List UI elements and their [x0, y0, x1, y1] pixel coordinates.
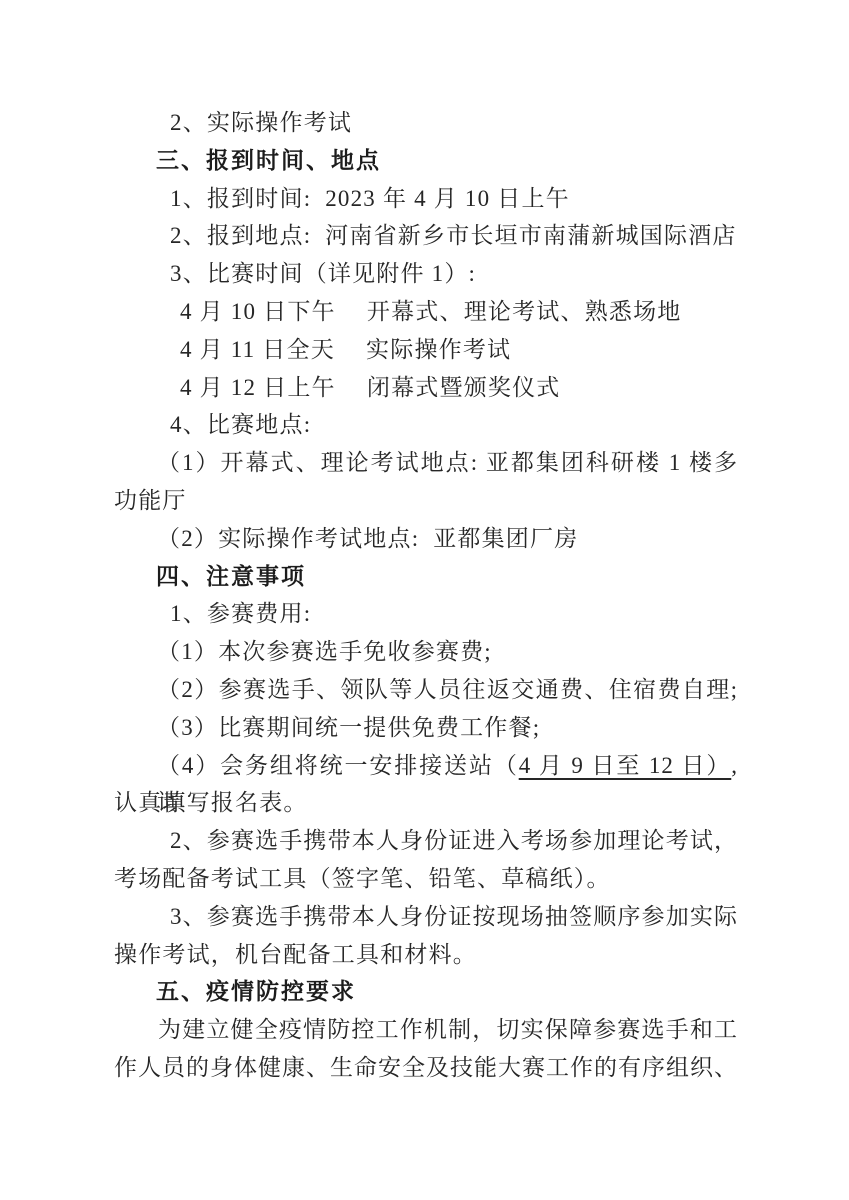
text-line: 2、实际操作考试	[114, 104, 738, 142]
text-segment: 考场配备考试工具（签字笔、铅笔、草稿纸）。	[114, 866, 611, 891]
text-line: 4 月 11 日全天 实际操作考试	[114, 331, 738, 369]
text-segment: 3、比赛时间（详见附件 1）:	[170, 261, 476, 286]
text-segment: （4）会务组将统一安排接送站（	[157, 753, 519, 778]
text-line: 操作考试，机台配备工具和材料。	[114, 936, 738, 974]
text-line: （3）比赛期间统一提供免费工作餐;	[114, 709, 738, 747]
text-line: 4 月 12 日上午 闭幕式暨颁奖仪式	[114, 369, 738, 407]
text-segment: （1）本次参赛选手免收参赛费;	[157, 639, 492, 664]
section-heading: 三、报到时间、地点	[114, 142, 738, 180]
text-segment: 功能厅	[114, 488, 187, 513]
text-segment: 三、报到时间、地点	[156, 147, 381, 173]
text-segment: 4 月 12 日上午 闭幕式暨颁奖仪式	[180, 375, 561, 400]
text-segment: 4 月 10 日下午 开幕式、理论考试、熟悉场地	[180, 299, 682, 324]
text-segment: 作人员的身体健康、生命安全及技能大赛工作的有序组织、	[114, 1055, 738, 1080]
page: 2、实际操作考试三、报到时间、地点1、报到时间: 2023 年 4 月 10 日…	[0, 0, 849, 1200]
text-segment: 2、实际操作考试	[170, 110, 352, 135]
text-line: （4）会务组将统一安排接送站（4 月 9 日至 12 日）, 请	[114, 747, 738, 785]
text-segment: 五、疫情防控要求	[156, 978, 356, 1004]
text-segment: 2、报到地点: 河南省新乡市长垣市南蒲新城国际酒店	[170, 223, 737, 248]
text-line: 作人员的身体健康、生命安全及技能大赛工作的有序组织、	[114, 1049, 738, 1087]
text-segment: 认真填写报名表。	[114, 790, 308, 815]
text-line: 3、参赛选手携带本人身份证按现场抽签顺序参加实际	[114, 898, 738, 936]
text-line: 3、比赛时间（详见附件 1）:	[114, 255, 738, 293]
text-line: 为建立健全疫情防控工作机制，切实保障参赛选手和工	[114, 1011, 738, 1049]
text-segment: 1、报到时间: 2023 年 4 月 10 日上午	[170, 186, 570, 211]
text-line: 2、参赛选手携带本人身份证进入考场参加理论考试，	[114, 822, 738, 860]
text-segment: 4 月 11 日全天 实际操作考试	[180, 337, 511, 362]
section-heading: 四、注意事项	[114, 558, 738, 596]
underlined-date-range: 4 月 9 日至 12 日）	[519, 753, 732, 778]
text-line: 1、参赛费用:	[114, 595, 738, 633]
text-segment: 为建立健全疫情防控工作机制，切实保障参赛选手和工	[158, 1017, 738, 1042]
text-segment: 2、参赛选手携带本人身份证进入考场参加理论考试，	[170, 828, 738, 853]
text-segment: （2）实际操作考试地点: 亚都集团厂房	[157, 526, 578, 551]
text-line: 功能厅	[114, 482, 738, 520]
text-segment: 1、参赛费用:	[170, 601, 311, 626]
text-segment: 3、参赛选手携带本人身份证按现场抽签顺序参加实际	[170, 904, 738, 929]
text-segment: （1）开幕式、理论考试地点: 亚都集团科研楼 1 楼多	[157, 450, 738, 475]
text-line: （1）本次参赛选手免收参赛费;	[114, 633, 738, 671]
text-line: 4、比赛地点:	[114, 406, 738, 444]
text-segment: 操作考试，机台配备工具和材料。	[114, 942, 477, 967]
text-line: 4 月 10 日下午 开幕式、理论考试、熟悉场地	[114, 293, 738, 331]
text-line: （2）参赛选手、领队等人员往返交通费、住宿费自理;	[114, 671, 738, 709]
section-heading: 五、疫情防控要求	[114, 973, 738, 1011]
text-line: 认真填写报名表。	[114, 784, 738, 822]
text-segment: 四、注意事项	[156, 563, 306, 589]
text-segment: 4、比赛地点:	[170, 412, 311, 437]
text-line: 2、报到地点: 河南省新乡市长垣市南蒲新城国际酒店	[114, 217, 738, 255]
text-segment: （2）参赛选手、领队等人员往返交通费、住宿费自理;	[157, 677, 738, 702]
text-line: （1）开幕式、理论考试地点: 亚都集团科研楼 1 楼多	[114, 444, 738, 482]
document-page: 2、实际操作考试三、报到时间、地点1、报到时间: 2023 年 4 月 10 日…	[114, 104, 738, 1087]
text-line: 1、报到时间: 2023 年 4 月 10 日上午	[114, 180, 738, 218]
text-line: （2）实际操作考试地点: 亚都集团厂房	[114, 520, 738, 558]
text-segment: （3）比赛期间统一提供免费工作餐;	[157, 715, 540, 740]
text-line: 考场配备考试工具（签字笔、铅笔、草稿纸）。	[114, 860, 738, 898]
